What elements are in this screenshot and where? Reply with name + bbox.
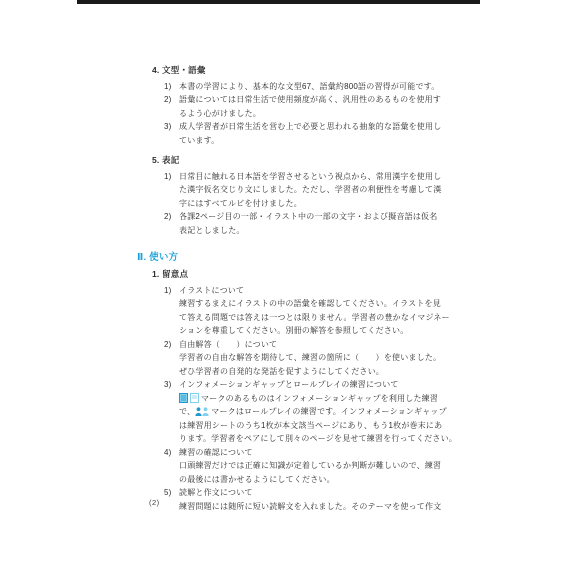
text-line: マークのあるものはインフォメーションギャップを利用した練習 (179, 392, 457, 406)
text-line: 口頭練習だけでは正確に知識が定着しているか判断が難しいので、練習 (179, 459, 457, 473)
text-line: 成人学習者が日常生活を営む上で必要と思われる抽象的な語彙を使用し (179, 120, 457, 134)
section-heading: 4. 文型・語彙 (137, 64, 457, 78)
text-line: 学習者の自由な解答を期待して、練習の箇所に（ ）を使いました。 (179, 351, 457, 365)
page-number: (2) (149, 498, 160, 507)
text-line: ります。学習者をペアにして別々のページを見せて練習を行ってください。 (179, 432, 457, 446)
list-item: 4) 練習の確認について 口頭練習だけでは正確に知識が定着しているか判断が難しい… (137, 446, 457, 487)
role-play-icon (195, 407, 209, 416)
text-line: 語彙については日常生活で使用頻度が高く、汎用性のあるものを使用す (179, 93, 457, 107)
item-number: 2) (164, 210, 179, 237)
text-line: 日常目に触れる日本語を学習させるという視点から、常用漢字を使用し (179, 170, 457, 184)
text-line: の最後には書かせるようにしてください。 (179, 473, 457, 487)
list-item: 5) 読解と作文について 練習問題には随所に短い読解文を入れました。そのテーマを… (137, 486, 457, 513)
section-usage: Ⅱ. 使い方 1. 留意点 1) イラストについて 練習するまえにイラストの中の… (137, 251, 457, 513)
list-item: 1) 本書の学習により、基本的な文型67、語彙約800語の習得が可能です。 (137, 80, 457, 94)
text-line: 練習問題には随所に短い読解文を入れました。そのテーマを使って作文 (179, 500, 457, 514)
text-before-icon: で、 (179, 405, 195, 419)
item-number: 4) (164, 446, 179, 487)
section-grammar-vocabulary: 4. 文型・語彙 1) 本書の学習により、基本的な文型67、語彙約800語の習得… (137, 64, 457, 147)
text-line: 各課2ページ目の一部・イラスト中の一部の文字・および擬音語は仮名 (179, 210, 457, 224)
item-number: 1) (164, 170, 179, 211)
item-number: 3) (164, 120, 179, 147)
information-gap-icon (179, 393, 199, 403)
item-title: 自由解答（ ）について (179, 338, 457, 352)
document-content: 4. 文型・語彙 1) 本書の学習により、基本的な文型67、語彙約800語の習得… (137, 64, 457, 520)
subsection-heading-notes: 1. 留意点 (137, 268, 457, 282)
list-item: 1) 日常目に触れる日本語を学習させるという視点から、常用漢字を使用し た漢字仮… (137, 170, 457, 211)
section-notation: 5. 表記 1) 日常目に触れる日本語を学習させるという視点から、常用漢字を使用… (137, 154, 457, 237)
text-line: で、 マークはロールプレイの練習です。インフォメーションギャップ (179, 405, 457, 419)
item-number: 1) (164, 284, 179, 338)
text-line: 練習するまえにイラストの中の語彙を確認してください。イラストを見 (179, 297, 457, 311)
item-title: 読解と作文について (179, 486, 457, 500)
text-line: た漢字仮名交じり文にしました。ただし、学習者の利便性を考慮して漢 (179, 183, 457, 197)
text-after-icon: マークのあるものはインフォメーションギャップを利用した練習 (201, 392, 438, 406)
list-item: 2) 自由解答（ ）について 学習者の自由な解答を期待して、練習の箇所に（ ）を… (137, 338, 457, 379)
item-number: 2) (164, 338, 179, 379)
list-item: 3) インフォメーションギャップとロールプレイの練習について (137, 378, 457, 446)
list-item: 3) 成人学習者が日常生活を営む上で必要と思われる抽象的な語彙を使用し ています… (137, 120, 457, 147)
item-number: 5) (164, 486, 179, 513)
list-item: 2) 語彙については日常生活で使用頻度が高く、汎用性のあるものを使用す るよう心… (137, 93, 457, 120)
item-title: イラストについて (179, 284, 457, 298)
text-line: 表記としました。 (179, 224, 457, 238)
text-line: ぜひ学習者の自発的な発話を促すようにしてください。 (179, 365, 457, 379)
item-title: インフォメーションギャップとロールプレイの練習について (179, 378, 457, 392)
section-heading-usage: Ⅱ. 使い方 (137, 251, 457, 265)
scanned-book-page: 4. 文型・語彙 1) 本書の学習により、基本的な文型67、語彙約800語の習得… (0, 0, 565, 565)
text-line: るよう心がけました。 (179, 107, 457, 121)
item-number: 3) (164, 378, 179, 446)
text-line: は練習用シートのうち1枚が本文該当ページにあり、もう1枚が巻末にあ (179, 419, 457, 433)
item-title: 練習の確認について (179, 446, 457, 460)
text-line: 字にはすべてルビを付けました。 (179, 197, 457, 211)
item-number: 1) (164, 80, 179, 94)
text-line: ています。 (179, 134, 457, 148)
item-number: 2) (164, 93, 179, 120)
text-line: ションを尊重してください。別冊の解答を参照してください。 (179, 324, 457, 338)
text-line: て答える問題では答えは一つとは限りません。学習者の豊かなイマジネー (179, 311, 457, 325)
text-line: 本書の学習により、基本的な文型67、語彙約800語の習得が可能です。 (179, 80, 457, 94)
page-top-edge (77, 0, 480, 4)
list-item: 2) 各課2ページ目の一部・イラスト中の一部の文字・および擬音語は仮名 表記とし… (137, 210, 457, 237)
section-heading: 5. 表記 (137, 154, 457, 168)
text-after-icon: マークはロールプレイの練習です。インフォメーションギャップ (211, 405, 447, 419)
list-item: 1) イラストについて 練習するまえにイラストの中の語彙を確認してください。イラ… (137, 284, 457, 338)
